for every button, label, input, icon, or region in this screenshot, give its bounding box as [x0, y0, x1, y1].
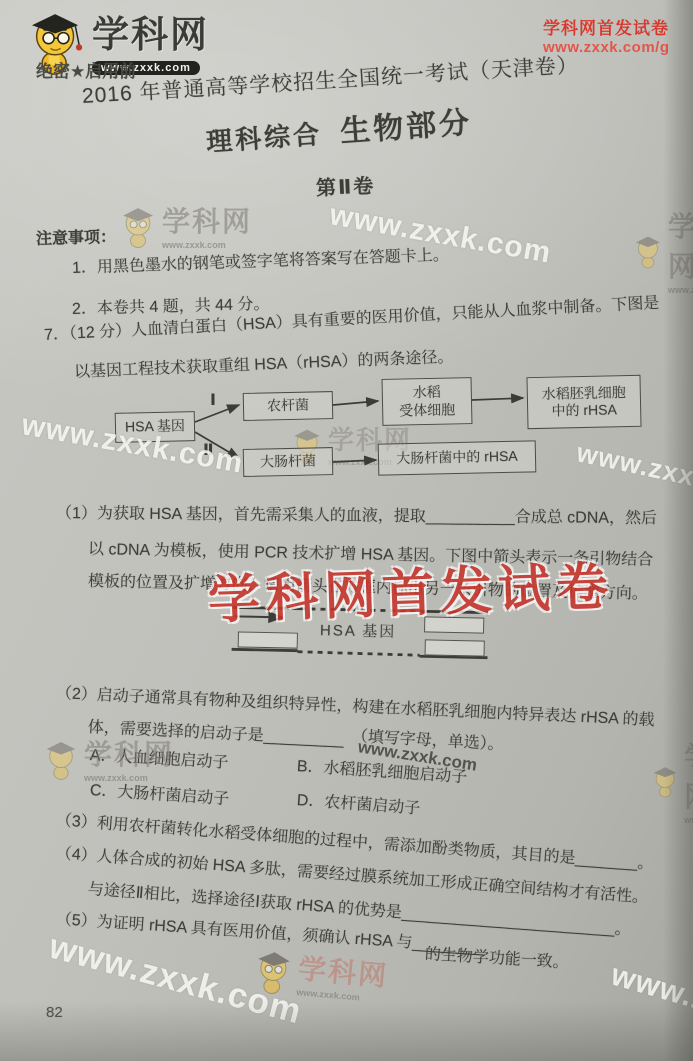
- url-watermark: www.zxxk.com: [607, 957, 693, 1055]
- flow-node-ecoli: 大肠杆菌: [243, 447, 334, 477]
- pathway-1-label: Ⅰ: [210, 390, 216, 410]
- page-edge-shadow-right: [663, 0, 693, 1061]
- mascot-icon: [650, 756, 680, 804]
- flow-node-label: 大肠杆菌中的 rHSA: [396, 448, 518, 468]
- flow-node-agrobacterium: 农杆菌: [243, 391, 334, 421]
- primer-answer-box-bottom-left: [238, 631, 298, 648]
- publisher-stamp: 学科网首发试卷 www.zxxk.com/g: [543, 14, 669, 56]
- faded-brand-name: 学科网: [84, 733, 174, 773]
- notice-heading: 注意事项：: [36, 224, 117, 249]
- faded-brand-logo: 学科网 www.zxxk.com: [42, 733, 174, 783]
- brand-name: 学科网: [92, 4, 209, 58]
- faded-brand-url: www.zxxk.com: [84, 773, 174, 783]
- flow-node-label: 农杆菌: [267, 397, 309, 415]
- faded-brand-logo: 学科网 www.zxxk.com: [650, 735, 693, 825]
- publisher-slogan: 学科网首发试卷: [543, 14, 669, 39]
- page-number: 82: [46, 1004, 63, 1021]
- faded-brand-name: 学科网: [668, 205, 693, 285]
- part5-line2: 的生物学功能一致。: [424, 941, 569, 973]
- flow-node-label: 大肠杆菌: [260, 453, 316, 472]
- faded-brand-logo: 学科网 www.zxxk.com: [632, 205, 693, 295]
- faded-brand-url: www.zxxk.com: [684, 815, 693, 825]
- subject-name: 理科综合: [205, 119, 323, 157]
- faded-brand-name: 学科网: [684, 735, 693, 815]
- page-edge-shadow-bottom: [0, 1001, 693, 1061]
- flow-node-ecoli-rhsa: 大肠杆菌中的 rHSA: [378, 440, 537, 475]
- flow-node-label: 受体细胞: [399, 401, 455, 420]
- flow-node-label: 水稻: [413, 384, 441, 402]
- flow-node-label: 中的 rHSA: [551, 401, 617, 420]
- publisher-url: www.zxxk.com/g: [543, 39, 669, 56]
- mascot-icon: [632, 225, 664, 275]
- flow-node-rice-recipient-cell: 水稻 受体细胞: [382, 377, 473, 426]
- classification-label: 绝密★启用前: [36, 57, 136, 82]
- primer-answer-box-bottom-right: [425, 639, 485, 656]
- faded-brand-name: 学科网: [162, 200, 252, 240]
- option-d: D．农杆菌启动子: [296, 787, 421, 819]
- flow-node-label: 水稻胚乳细胞: [542, 384, 626, 403]
- scanned-exam-page: 学科网 www.zxxk.com 学科网 www.zxxk.com 学科网 ww…: [0, 0, 693, 1061]
- mascot-icon: [42, 734, 80, 782]
- faded-brand-url: www.zxxk.com: [668, 285, 693, 295]
- faded-brand-logo: 学科网 www.zxxk.com: [118, 200, 252, 250]
- flow-node-rice-endosperm-rhsa: 水稻胚乳细胞 中的 rHSA: [526, 375, 641, 429]
- section-name: 生物部分: [339, 106, 473, 148]
- red-banner-watermark: 学科网首发试卷: [207, 544, 615, 633]
- faded-brand-url: www.zxxk.com: [162, 240, 252, 250]
- volume-title: 第Ⅱ卷: [315, 169, 375, 201]
- subject-title: 理科综合 生物部分: [204, 97, 473, 159]
- mascot-icon: [118, 200, 158, 250]
- part1-line1: （1）为获取 HSA 基因，首先需采集人的血液，提取__________合成总 …: [56, 500, 657, 528]
- pathway-flow-chart: Ⅰ Ⅱ HSA 基因 农杆菌 水稻 受体细胞 水稻胚乳细胞 中的 rHSA 大肠…: [100, 372, 660, 490]
